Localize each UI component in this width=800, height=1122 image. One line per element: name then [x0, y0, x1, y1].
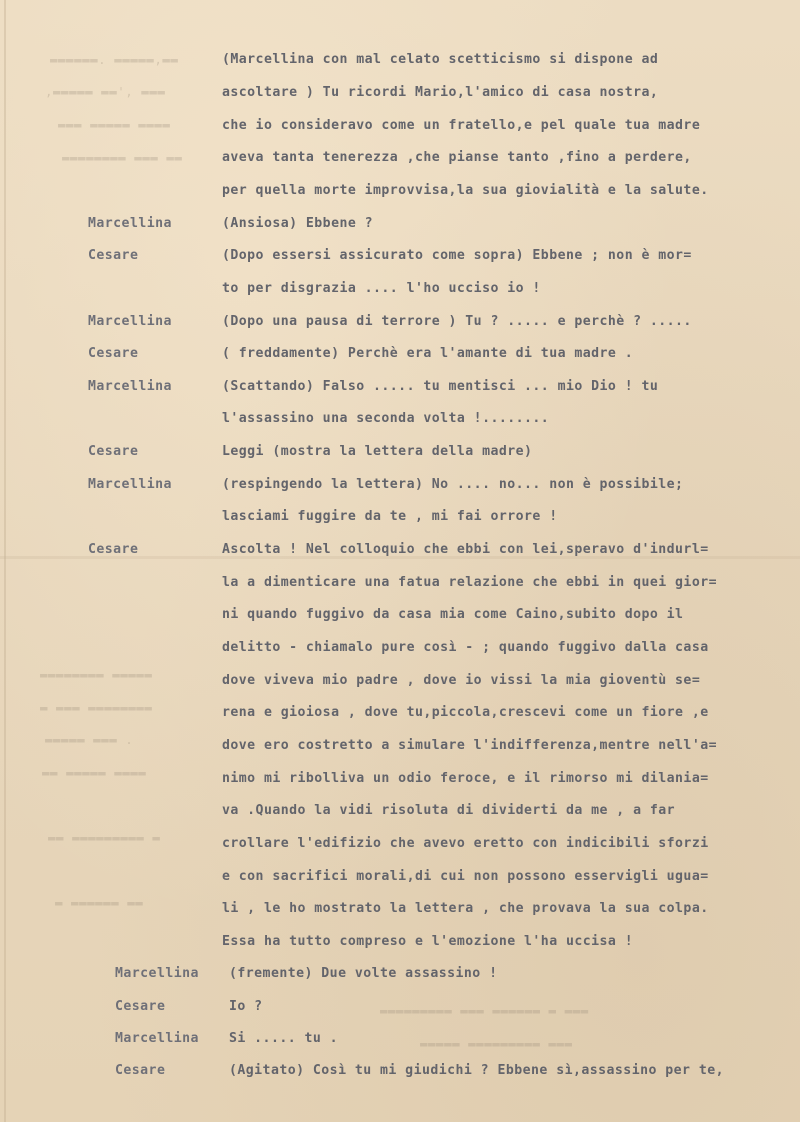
- dialogue-line: (Ansiosa) Ebbene ?: [222, 216, 373, 231]
- bleed-through-text: ▬▬▬▬▬▬▬▬ ▬▬▬ ▬▬: [62, 150, 182, 165]
- dialogue-line: Leggi (mostra la lettera della madre): [222, 444, 532, 459]
- speaker-name: Marcellina: [88, 379, 172, 394]
- bleed-through-text: ,▬▬▬▬▬ ▬▬', ▬▬▬: [45, 84, 165, 99]
- speaker-name: Marcellina: [88, 477, 172, 492]
- dialogue-line: ascoltare ) Tu ricordi Mario,l'amico di …: [222, 85, 658, 100]
- dialogue-line: Si ..... tu .: [229, 1031, 338, 1046]
- dialogue-line: rena e gioiosa , dove tu,piccola,crescev…: [222, 705, 709, 720]
- dialogue-line: (Scattando) Falso ..... tu mentisci ... …: [222, 379, 658, 394]
- bleed-through-text: ▬ ▬▬▬▬▬▬ ▬▬: [55, 895, 143, 910]
- dialogue-line: (fremente) Due volte assassino !: [229, 966, 497, 981]
- paper-background: [0, 0, 800, 1122]
- dialogue-line: lasciami fuggire da te , mi fai orrore !: [222, 509, 558, 524]
- dialogue-line: aveva tanta tenerezza ,che pianse tanto …: [222, 150, 692, 165]
- dialogue-line: dove viveva mio padre , dove io vissi la…: [222, 673, 700, 688]
- dialogue-line: per quella morte improvvisa,la sua giovi…: [222, 183, 709, 198]
- speaker-name: Cesare: [88, 444, 138, 459]
- dialogue-line: Essa ha tutto compreso e l'emozione l'ha…: [222, 934, 633, 949]
- dialogue-line: e con sacrifici morali,di cui non posson…: [222, 869, 709, 884]
- speaker-name: Cesare: [115, 1063, 165, 1078]
- dialogue-line: ( freddamente) Perchè era l'amante di tu…: [222, 346, 633, 361]
- bleed-through-text: ▬ ▬▬▬ ▬▬▬▬▬▬▬▬: [40, 700, 152, 715]
- dialogue-line: ni quando fuggivo da casa mia come Caino…: [222, 607, 683, 622]
- dialogue-line: l'assassino una seconda volta !........: [222, 411, 549, 426]
- dialogue-line: (Dopo essersi assicurato come sopra) Ebb…: [222, 248, 692, 263]
- bleed-through-text: ▬▬▬▬▬▬▬▬▬ ▬▬▬ ▬▬▬▬▬▬ ▬ ▬▬▬: [380, 1003, 589, 1018]
- dialogue-line: delitto - chiamalo pure così - ; quando …: [222, 640, 709, 655]
- bleed-through-text: ▬▬▬▬▬▬. ▬▬▬▬▬,▬▬: [50, 52, 178, 67]
- bleed-through-text: ▬▬▬ ▬▬▬▬▬ ▬▬▬▬: [58, 117, 170, 132]
- speaker-name: Cesare: [88, 248, 138, 263]
- bleed-through-text: ▬▬▬▬▬ ▬▬▬▬▬▬▬▬▬ ▬▬▬: [420, 1036, 573, 1051]
- dialogue-line: li , le ho mostrato la lettera , che pro…: [222, 901, 709, 916]
- bleed-through-text: ▬▬ ▬▬▬▬▬▬▬▬▬ ▬: [48, 830, 160, 845]
- dialogue-line: to per disgrazia .... l'ho ucciso io !: [222, 281, 541, 296]
- dialogue-line: dove ero costretto a simulare l'indiffer…: [222, 738, 717, 753]
- dialogue-line: va .Quando la vidi risoluta di dividerti…: [222, 803, 675, 818]
- dialogue-line: crollare l'edifizio che avevo eretto con…: [222, 836, 709, 851]
- speaker-name: Cesare: [88, 542, 138, 557]
- dialogue-line: che io consideravo come un fratello,e pe…: [222, 118, 700, 133]
- bleed-through-text: ▬▬▬▬▬ ▬▬▬ .: [45, 732, 133, 747]
- bleed-through-text: ▬▬▬▬▬▬▬▬ ▬▬▬▬▬: [40, 667, 152, 682]
- bleed-through-text: ▬▬ ▬▬▬▬▬ ▬▬▬▬: [42, 765, 146, 780]
- speaker-name: Cesare: [115, 999, 165, 1014]
- speaker-name: Cesare: [88, 346, 138, 361]
- dialogue-line: (Marcellina con mal celato scetticismo s…: [222, 52, 658, 67]
- dialogue-line: (Agitato) Così tu mi giudichi ? Ebbene s…: [229, 1063, 724, 1078]
- speaker-name: Marcellina: [115, 966, 199, 981]
- dialogue-line: Ascolta ! Nel colloquio che ebbi con lei…: [222, 542, 709, 557]
- paper-edge: [4, 0, 6, 1122]
- speaker-name: Marcellina: [115, 1031, 199, 1046]
- speaker-name: Marcellina: [88, 216, 172, 231]
- dialogue-line: nimo mi ribolliva un odio feroce, e il r…: [222, 771, 709, 786]
- speaker-name: Marcellina: [88, 314, 172, 329]
- dialogue-line: (respingendo la lettera) No .... no... n…: [222, 477, 683, 492]
- dialogue-line: la a dimenticare una fatua relazione che…: [222, 575, 717, 590]
- dialogue-line: Io ?: [229, 999, 263, 1014]
- dialogue-line: (Dopo una pausa di terrore ) Tu ? ..... …: [222, 314, 692, 329]
